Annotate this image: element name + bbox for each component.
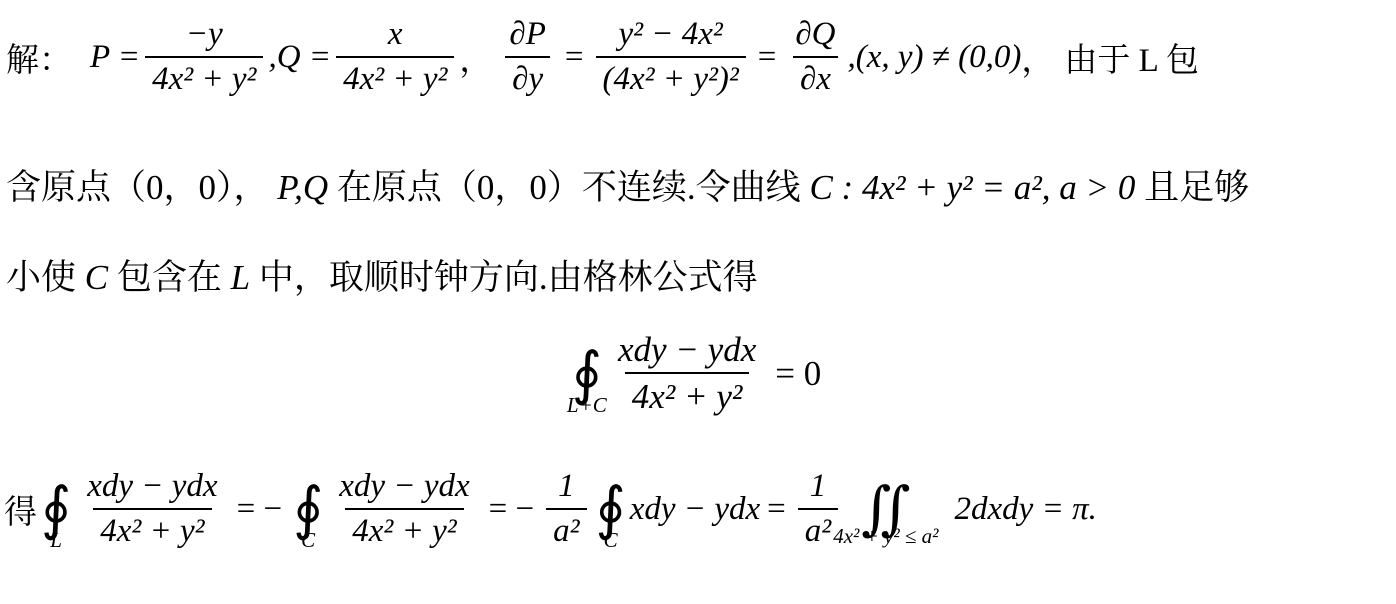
dq-dx-denominator: ∂x bbox=[793, 56, 838, 99]
double-integral-subscript: 4x² + y² ≤ a² bbox=[833, 526, 938, 547]
q-definition-lhs: ,Q = bbox=[268, 39, 331, 76]
solution-line-3: 小使 C 包含在 L 中，取顺时钟方向.由格林公式得 bbox=[6, 250, 758, 300]
math-solution-document: 解： P = −y 4x² + y² ,Q = x 4x² + y² ， ∂P … bbox=[0, 0, 1396, 604]
line5-integrand-expression: xdy − ydx bbox=[630, 491, 760, 528]
line2-curve-definition: C : 4x² + y² = a², a > 0 bbox=[809, 168, 1135, 207]
one-over-a-squared-1-numerator: 1 bbox=[551, 468, 582, 508]
contour-integral-subscript: L+C bbox=[567, 395, 607, 416]
center-fraction-denominator: 4x² + y² bbox=[625, 372, 750, 417]
line5-fraction-2-numerator: xdy − ydx bbox=[332, 468, 476, 508]
q-fraction-numerator: x bbox=[381, 16, 410, 56]
one-over-a-squared-2-numerator: 1 bbox=[803, 468, 834, 508]
line3-segment-3: 中，取顺时钟方向.由格林公式得 bbox=[259, 258, 758, 297]
contour-integral-c-2: ∮ C bbox=[596, 480, 626, 538]
contour-integral-c-2-subscript: C bbox=[604, 530, 618, 551]
p-fraction-denominator: 4x² + y² bbox=[145, 56, 263, 99]
line3-segment-1: 小使 bbox=[6, 258, 76, 297]
dp-dy-denominator: ∂y bbox=[505, 56, 550, 99]
separator-comma-1: ， bbox=[459, 34, 492, 81]
domain-condition: ,(x, y) ≠ (0,0) bbox=[848, 39, 1022, 76]
p-fraction: −y 4x² + y² bbox=[145, 16, 263, 99]
center-fraction-numerator: xdy − ydx bbox=[611, 330, 763, 372]
center-fraction: xdy − ydx 4x² + y² bbox=[611, 330, 763, 418]
line3-curve-c: C bbox=[85, 258, 108, 297]
solution-line-1: 解： P = −y 4x² + y² ,Q = x 4x² + y² ， ∂P … bbox=[6, 16, 1199, 99]
one-over-a-squared-2: 1 a² bbox=[798, 468, 838, 551]
center-equation: ∮ L+C xdy − ydx 4x² + y² = 0 bbox=[0, 330, 1396, 418]
line2-math-pq: P,Q bbox=[277, 168, 328, 207]
contour-integral-l-plus-c: ∮ L+C bbox=[572, 345, 602, 403]
solution-line-2: 含原点（0，0）， P,Q 在原点（0，0）不连续.令曲线 C : 4x² + … bbox=[6, 160, 1249, 210]
line5-fraction-1: xdy − ydx 4x² + y² bbox=[80, 468, 224, 551]
line5-fraction-2: xdy − ydx 4x² + y² bbox=[332, 468, 476, 551]
solution-line-5: 得 ∮ L xdy − ydx 4x² + y² = − ∮ C xdy − y… bbox=[4, 468, 1097, 551]
line5-prefix: 得 bbox=[4, 486, 37, 533]
equals-sign-2: = bbox=[758, 39, 777, 76]
solution-label: 解： bbox=[6, 34, 72, 81]
line1-tail-text: 由于 L 包 bbox=[1064, 34, 1198, 81]
dq-dx-numerator: ∂Q bbox=[788, 16, 842, 56]
one-over-a-squared-1-denominator: a² bbox=[546, 508, 586, 551]
p-fraction-numerator: −y bbox=[179, 16, 230, 56]
dp-dy-fraction: ∂P ∂y bbox=[502, 16, 552, 99]
contour-integral-c-1: ∮ C bbox=[293, 480, 323, 538]
line3-segment-2: 包含在 bbox=[117, 258, 222, 297]
line2-segment-1: 含原点（0，0）， bbox=[6, 168, 269, 207]
line5-fraction-2-denominator: 4x² + y² bbox=[345, 508, 463, 551]
separator-comma-2: ， bbox=[1021, 34, 1054, 81]
line5-equals-minus-1: = − bbox=[237, 491, 282, 528]
contour-integral-l-subscript: L bbox=[50, 530, 62, 551]
one-over-a-squared-2-denominator: a² bbox=[798, 508, 838, 551]
line5-fraction-1-numerator: xdy − ydx bbox=[80, 468, 224, 508]
double-integral: ∬ 4x² + y² ≤ a² bbox=[861, 480, 910, 538]
p-definition-lhs: P = bbox=[90, 39, 140, 76]
q-fraction: x 4x² + y² bbox=[336, 16, 454, 99]
ratio-numerator: y² − 4x² bbox=[611, 16, 729, 56]
line5-result: 2dxdy = π. bbox=[955, 491, 1097, 528]
line5-equals-3: = bbox=[767, 491, 786, 528]
dq-dx-fraction: ∂Q ∂x bbox=[788, 16, 842, 99]
equals-sign-1: = bbox=[565, 39, 584, 76]
line3-curve-l: L bbox=[231, 258, 250, 297]
one-over-a-squared-1: 1 a² bbox=[546, 468, 586, 551]
center-equation-rhs: = 0 bbox=[775, 354, 821, 394]
line5-equals-minus-2: = − bbox=[489, 491, 534, 528]
line2-segment-3: 且足够 bbox=[1144, 168, 1249, 207]
ratio-fraction: y² − 4x² (4x² + y²)² bbox=[596, 16, 746, 99]
line5-fraction-1-denominator: 4x² + y² bbox=[93, 508, 211, 551]
ratio-denominator: (4x² + y²)² bbox=[596, 56, 746, 99]
q-fraction-denominator: 4x² + y² bbox=[336, 56, 454, 99]
line2-segment-2: 在原点（0，0）不连续.令曲线 bbox=[337, 168, 801, 207]
contour-integral-l: ∮ L bbox=[41, 480, 71, 538]
dp-dy-numerator: ∂P bbox=[502, 16, 552, 56]
contour-integral-c-1-subscript: C bbox=[301, 530, 315, 551]
